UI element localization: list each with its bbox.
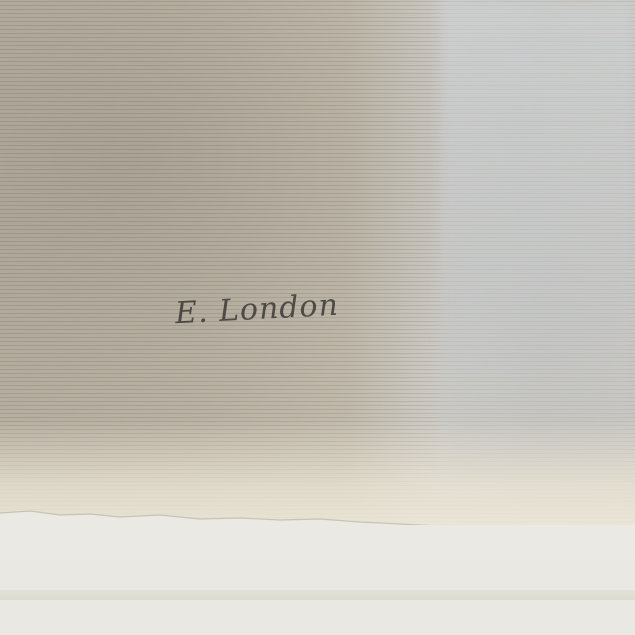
mat-bevel-line — [0, 590, 635, 600]
photo-scene: E. London — [0, 0, 635, 635]
white-mat — [0, 525, 635, 635]
